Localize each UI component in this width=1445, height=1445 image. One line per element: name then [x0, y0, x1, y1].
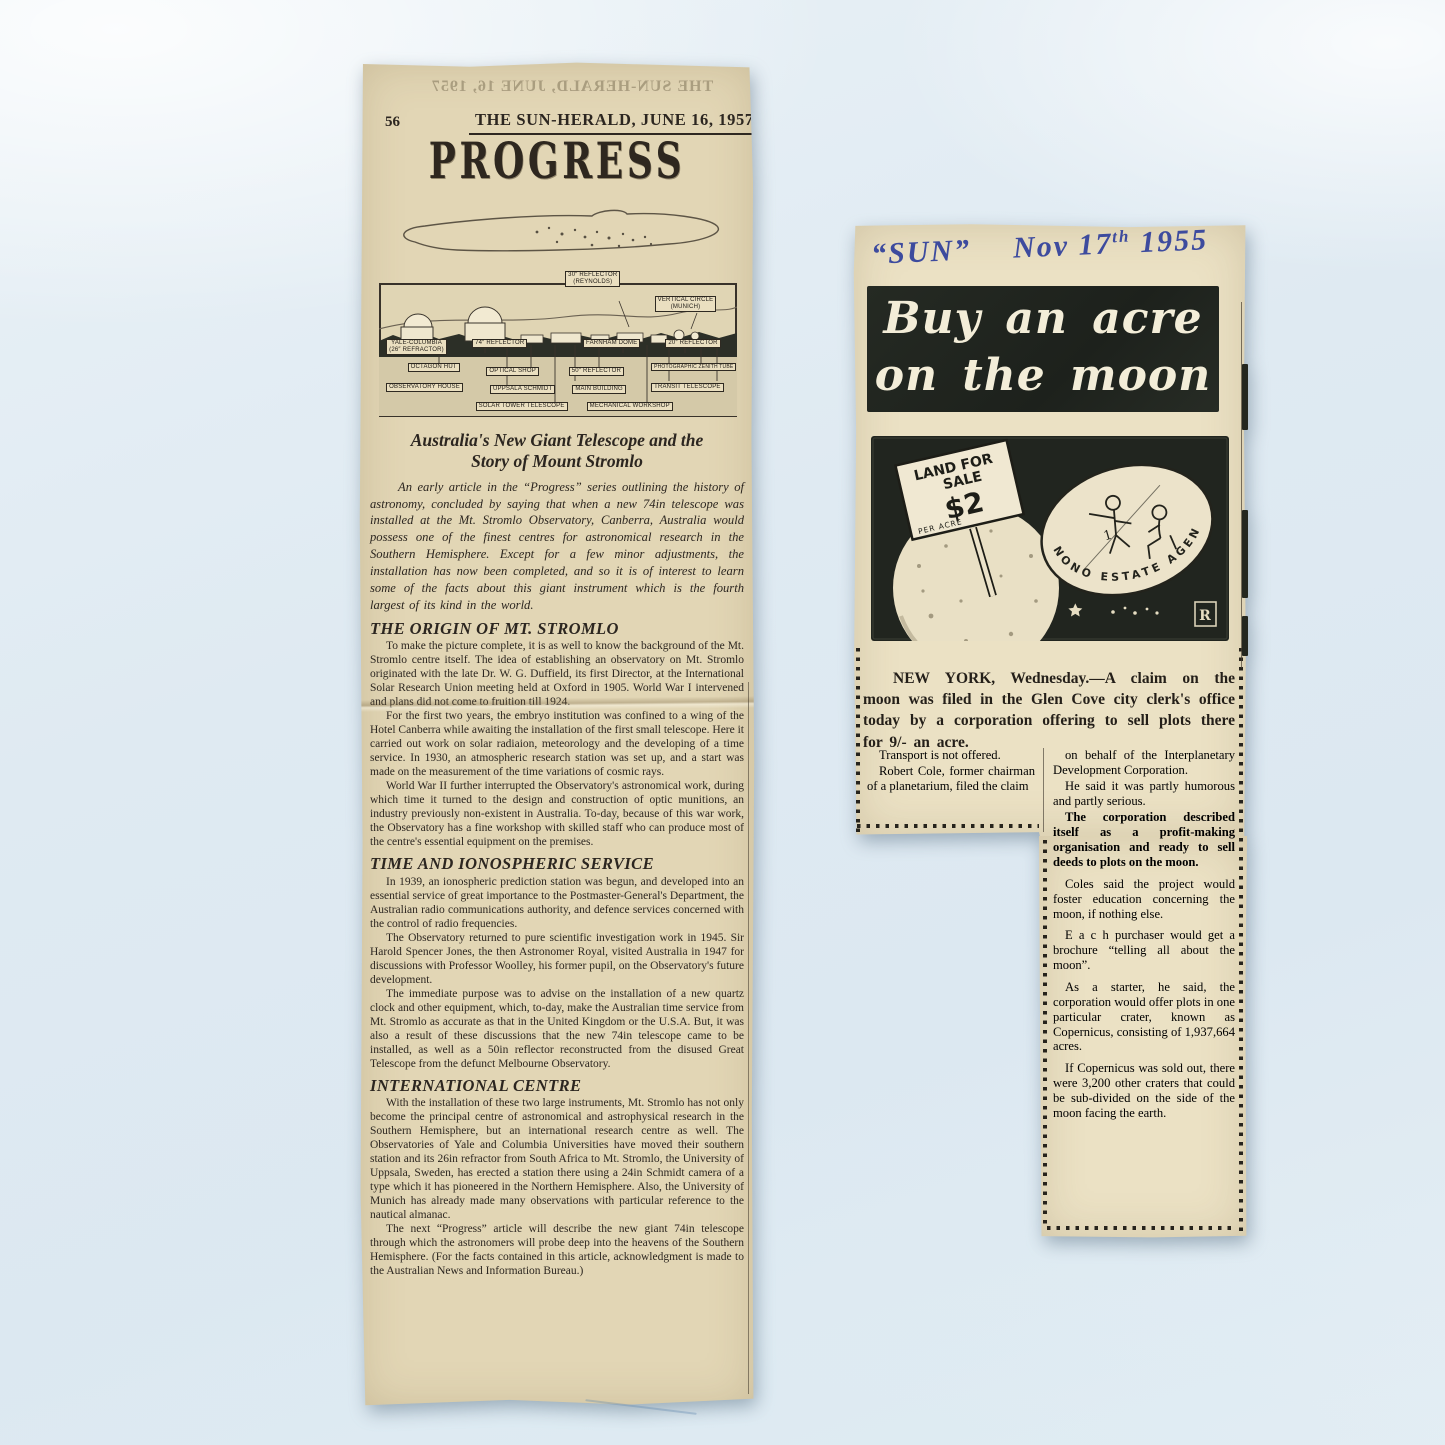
- paragraph: For the first two years, the embryo inst…: [370, 709, 744, 779]
- photo-background: THE SUN-HERALD, JUNE 16, 1957 56 THE SUN…: [0, 0, 1445, 1445]
- moon-headline-line1: Buy an acre: [883, 293, 1202, 344]
- illustration-label: OCTAGON HUT: [408, 363, 460, 372]
- illustration-label: 50″ REFLECTOR: [569, 367, 624, 376]
- article-heading-line2: Story of Mount Stromlo: [471, 451, 643, 471]
- illustration-label: OBSERVATORY HOUSE: [386, 383, 463, 392]
- handwriting-year: 1955: [1139, 223, 1208, 259]
- paragraph: E a c h purchaser would get a brochure “…: [1053, 928, 1235, 973]
- section-heading-time: TIME AND IONOSPHERIC SERVICE: [370, 855, 744, 872]
- moon-headline-line2: on the moon: [875, 350, 1212, 401]
- torn-edge-remnant: [1241, 302, 1242, 668]
- perforation-dots: [857, 824, 1039, 828]
- illustration-label: 30″ REFLECTOR (REYNOLDS): [565, 271, 620, 287]
- illustration-label: SOLAR TOWER TELESCOPE: [476, 402, 568, 411]
- illustration-label: MAIN BUILDING: [572, 385, 626, 394]
- illustration-label: UPPSALA SCHMIDT: [490, 385, 555, 394]
- masthead-showthrough: THE SUN-HERALD, JUNE 16, 1957: [399, 78, 745, 96]
- illustration-label: FARNHAM DOME: [583, 339, 640, 348]
- paragraph: If Copernicus was sold out, there were 3…: [1053, 1061, 1235, 1120]
- perforation-dots: [856, 648, 860, 832]
- bold-paragraph: The corporation described itself as a pr…: [1053, 810, 1235, 869]
- paragraph: As a starter, he said, the corporation w…: [1053, 980, 1235, 1054]
- observatory-panorama: 30″ REFLECTOR (REYNOLDS) VERTICAL CIRCLE…: [379, 283, 737, 417]
- perforation-dots: [1043, 840, 1047, 1228]
- handwriting-date: Nov 17: [1012, 227, 1113, 264]
- paragraph: He said it was partly humorous and partl…: [1053, 779, 1235, 809]
- illustration-label: VERTICAL CIRCLE (MUNICH): [655, 296, 717, 312]
- moon-headline: Buy an acre on the moon: [867, 286, 1219, 412]
- paragraph: on behalf of the Interplanetary Developm…: [1053, 748, 1235, 778]
- column-right: on behalf of the Interplanetary Developm…: [1053, 748, 1235, 1122]
- intro-paragraph: An early article in the “Progress” serie…: [370, 479, 744, 614]
- paragraph: Transport is not offered.: [867, 748, 1035, 763]
- paragraph: World War II further interrupted the Obs…: [370, 779, 744, 849]
- article-column: Australia's New Giant Telescope and the …: [370, 430, 744, 1278]
- paragraph: The Observatory returned to pure scienti…: [370, 931, 744, 987]
- torn-edge-fragment: [1242, 510, 1248, 598]
- newspaper-clipping-right: “SUN”Nov 17th 1955 Buy an acre on the mo…: [853, 224, 1247, 1244]
- perforation-dots: [1239, 648, 1243, 1234]
- section-heading-international: INTERNATIONAL CENTRE: [370, 1077, 744, 1094]
- column-rule: [748, 682, 749, 1394]
- illustration-label: 74″ REFLECTOR: [472, 339, 527, 348]
- illustration-label: PHOTOGRAPHIC ZENITH TUBE: [651, 363, 736, 371]
- perforation-dots: [1047, 1226, 1235, 1230]
- illustration-label: YALE-COLUMBIA (26″ REFRACTOR): [386, 339, 447, 355]
- paragraph: The immediate purpose was to advise on t…: [370, 987, 744, 1071]
- handwriting-publication: “SUN”: [870, 234, 971, 271]
- progress-headline: PROGRESS: [414, 136, 699, 186]
- lede-paragraph: NEW YORK, Wednesday.—A claim on the moon…: [863, 668, 1235, 754]
- left-clipping-paper: THE SUN-HERALD, JUNE 16, 1957 56 THE SUN…: [359, 62, 755, 1408]
- illustration-label: MECHANICAL WORKSHOP: [587, 402, 673, 411]
- cloud-sketch-icon: [387, 204, 727, 266]
- paragraph: Coles said the project would foster educ…: [1053, 877, 1235, 922]
- illustration-label: TRANSIT TELESCOPE: [651, 383, 724, 392]
- column-rule: [1043, 748, 1044, 832]
- torn-edge-fragment: [1242, 364, 1248, 430]
- illustration-label: OPTICAL SHOP: [486, 367, 539, 376]
- illustration-label: 20″ REFLECTOR: [665, 339, 720, 348]
- paragraph: In 1939, an ionospheric prediction stati…: [370, 875, 744, 931]
- column-left: Transport is not offered. Robert Cole, f…: [867, 748, 1035, 836]
- artist-monogram: R: [1199, 608, 1211, 624]
- paragraph: The next “Progress” article will describ…: [370, 1222, 744, 1278]
- moon-cartoon-icon: LAND FOR SALE $2 PER ACRE 1 NONO ESTATE …: [871, 436, 1229, 641]
- article-heading: Australia's New Giant Telescope and the …: [370, 430, 744, 473]
- newspaper-clipping-left: THE SUN-HERALD, JUNE 16, 1957 56 THE SUN…: [359, 62, 755, 1408]
- paragraph: With the installation of these two large…: [370, 1096, 744, 1222]
- article-heading-line1: Australia's New Giant Telescope and the: [411, 430, 704, 450]
- paragraph: Robert Cole, former chairman of a planet…: [867, 764, 1035, 794]
- handwriting-date-superscript: th: [1112, 227, 1131, 247]
- torn-edge-fragment: [1242, 616, 1248, 656]
- page-number: 56: [385, 114, 400, 131]
- section-heading-origin: THE ORIGIN OF MT. STROMLO: [370, 620, 744, 637]
